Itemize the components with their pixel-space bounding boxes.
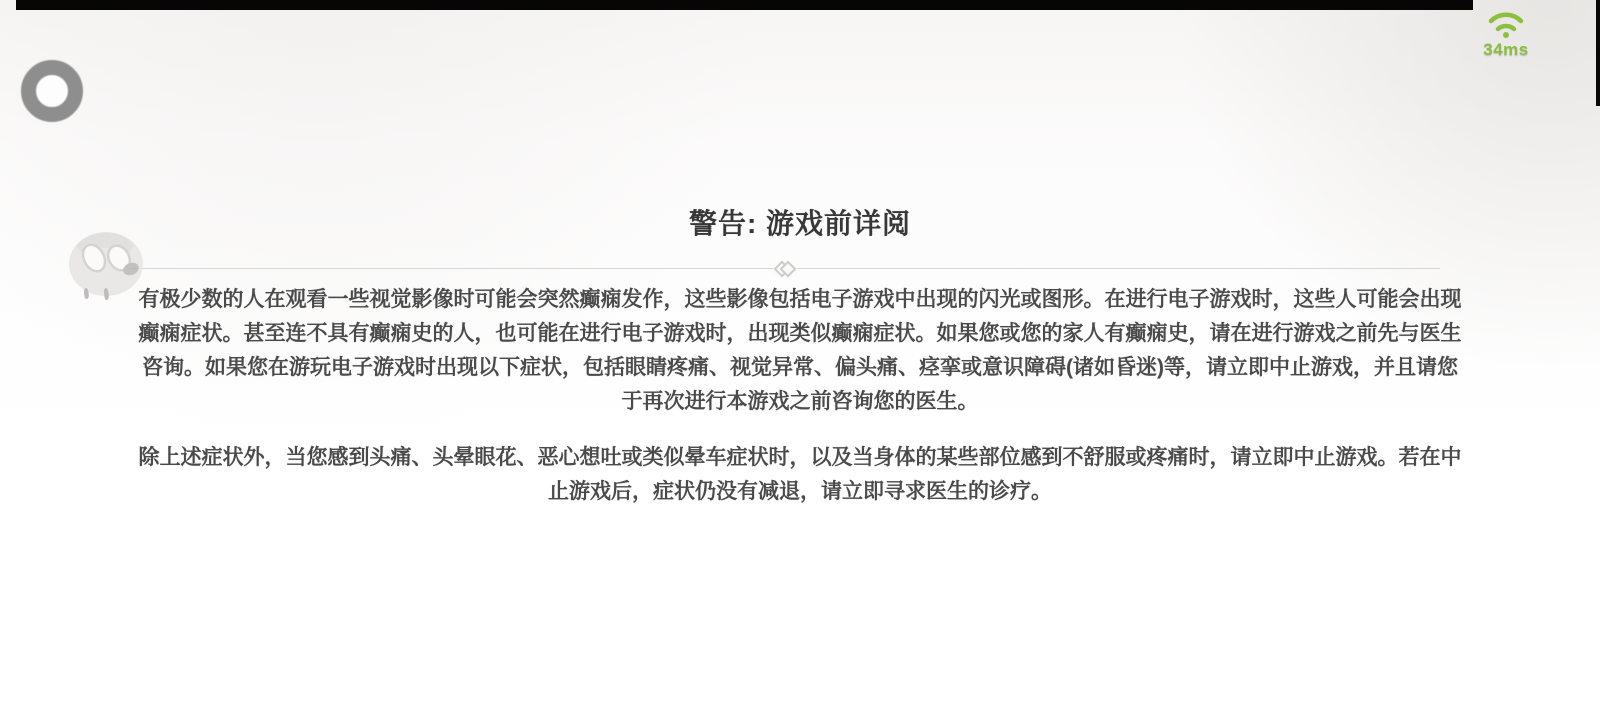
wifi-icon: [1484, 8, 1528, 38]
loading-spinner-ring: [21, 60, 83, 122]
title-divider: [130, 268, 1440, 269]
health-warning-screen: 34ms 警告: 游戏前详阅 有极少数的人在观看一些视觉影像时可能会突然癫痫发作…: [0, 0, 1600, 720]
letterbox-top-bar: [16, 0, 1473, 10]
network-status: 34ms: [1478, 8, 1534, 60]
ping-value: 34ms: [1478, 40, 1534, 60]
letterbox-right-edge: [1596, 0, 1600, 106]
warning-paragraph-1: 有极少数的人在观看一些视觉影像时可能会突然癫痫发作，这些影像包括电子游戏中出现的…: [133, 283, 1467, 419]
warning-text-block: 有极少数的人在观看一些视觉影像时可能会突然癫痫发作，这些影像包括电子游戏中出现的…: [133, 283, 1467, 509]
divider-diamond-ornament: [773, 263, 797, 275]
page-title: 警告: 游戏前详阅: [0, 202, 1600, 242]
warning-paragraph-2: 除上述症状外，当您感到头痛、头晕眼花、恶心想吐或类似晕车症状时，以及当身体的某些…: [133, 441, 1467, 509]
